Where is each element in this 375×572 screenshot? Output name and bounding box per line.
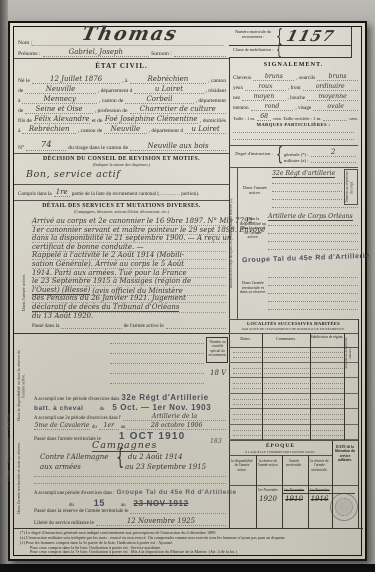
- de-label-1: de: [18, 88, 23, 94]
- classe-label: Classe de mobilisation :: [231, 48, 275, 53]
- birth-canton-value: Neuville: [25, 85, 96, 94]
- blank-line: [233, 404, 345, 405]
- periode1-dates-stamp: 5 Oct. — 1er Nov. 1903: [112, 403, 211, 412]
- scan-edge-bottom: [0, 564, 375, 572]
- profession-value: Charretier de culture: [130, 105, 226, 114]
- taille-label-b: cent. Taille rectifiée : 1 m.: [273, 116, 321, 121]
- name-row: Nom : Thomas: [18, 29, 226, 46]
- surnom-value-blank: [174, 56, 226, 57]
- service-text: des Pensions du 26 Janvier 1921. Jugemen…: [32, 294, 186, 302]
- parents-line: fils de Félix Alexandre et de Foé Joséph…: [18, 115, 226, 124]
- canton-label-1: , canton: [208, 78, 226, 84]
- canton-de-label: , canton de: [99, 98, 123, 104]
- periode3-line2: du 15 au 23 NOV 1912: [69, 498, 226, 508]
- footer-rule: [14, 528, 363, 529]
- residence-dept-value: Seine et Oise: [25, 105, 92, 114]
- epoque-subtitle: À LAQUELLE L'HOMME DOIT PASSER DANS :: [229, 450, 332, 454]
- blank-line: [110, 353, 204, 354]
- au-label-1: au: [121, 425, 126, 430]
- mother-name-value: Foé Joséphine Clémentine: [105, 115, 198, 124]
- passe-blank-1: [61, 328, 121, 329]
- epoque-col-header-4: la réserve de l'armée territoriale.: [308, 459, 331, 472]
- de-label-2: de: [18, 108, 23, 114]
- blank-line: [272, 191, 342, 192]
- domicilies-label: , domiciliés: [200, 118, 226, 124]
- epoque-date-col-header: DATE de la libération du service militai…: [333, 445, 357, 463]
- signalement-rule: [229, 145, 358, 146]
- liberation-label: Libéré du service militaire le: [34, 520, 94, 526]
- passe-territoriale-label: Passé dans l'armée territoriale le: [34, 436, 101, 442]
- blank-line: [272, 183, 342, 184]
- epoque-year-reserve-active: 1920: [256, 495, 280, 503]
- controle-special-label: Numéro au contrôle spécial du recrutemen…: [208, 340, 227, 358]
- blank-line: [268, 233, 358, 234]
- blank-line: [268, 277, 358, 278]
- degre-generale-row: générale (*) : 2: [284, 148, 356, 157]
- localites-row: [229, 347, 358, 363]
- taille-rectifiee-blank: [323, 120, 347, 121]
- taille-label-a: Taille : 1 m.: [233, 116, 255, 121]
- front-value: ordinaire: [303, 83, 358, 91]
- periode2-end-value: 28 octobre 1906: [127, 422, 226, 430]
- service-text: dans la disponibilité le 21 septembre 19…: [32, 234, 231, 242]
- et-de-label: et de: [92, 118, 103, 124]
- periode3-end-stamp: 23 NOV 1912: [134, 499, 189, 508]
- dept-label-3: , département d: [149, 128, 184, 134]
- thick-rule: [14, 333, 229, 334]
- registre-matricule-page: Orléans. — Registre matricule. — 236-187…: [8, 21, 367, 561]
- service-text: le 23 Septembre 1915 à Massiges (région …: [32, 277, 191, 285]
- liberation-date-value: 12 Novembre 1925: [96, 517, 226, 526]
- blank-line: [233, 430, 345, 431]
- epoque-top-rule: [229, 440, 358, 441]
- a-label-2: à: [18, 98, 20, 104]
- birth-line-2: de Neuville , département d u Loiret , r…: [18, 85, 226, 94]
- yeux-value: roux: [245, 83, 286, 91]
- epoque-year-territoriale: 1910: [282, 495, 306, 503]
- campagne-end-date: au 23 Septembre 1915: [125, 463, 206, 471]
- signalement-row-4: menton rond , visage ovale: [233, 103, 358, 111]
- affectation-active-label: Dans l'armée active.: [240, 185, 270, 195]
- degre-militaire-label: militaire (x) :: [284, 158, 309, 163]
- page-frame: Orléans. — Registre matricule. — 236-187…: [13, 26, 362, 556]
- service-text: 1914. Parti aux armées. Tué pour la Fran…: [32, 269, 187, 277]
- epoque-vline-2: [282, 455, 283, 528]
- affectation-dispo-stamp: Groupe Tal du 45e Rd d'Artillerie: [242, 253, 370, 264]
- localites-vline-1: [262, 333, 263, 440]
- numero-repertoire-label: Numéro au répertoire du corps.: [345, 170, 357, 204]
- domicile-value: Rebréchien: [22, 125, 75, 134]
- epoque-col-header-2: la réserve de l'armée active.: [256, 459, 280, 468]
- service-text: certificat de bonne conduite. —: [32, 243, 143, 251]
- tirage-number-value: 74: [26, 140, 66, 151]
- epoque-col-header-3: l'armée territoriale.: [282, 459, 306, 468]
- blank-line: [34, 483, 226, 484]
- service-line: du 13 Août 1920.: [32, 312, 226, 320]
- nez-value: moyen: [242, 93, 285, 101]
- blank-line: [268, 241, 358, 242]
- blank-line: [110, 373, 204, 374]
- birth-line-1: Né le 12 Juillet 1876 , à Rebréchien , c…: [18, 75, 226, 84]
- compris-label-b: partie de la liste du recrutement canton…: [72, 191, 199, 197]
- campagne-start-date: du 2 Août 1914: [128, 453, 183, 461]
- section-rule-1: [14, 153, 229, 154]
- margin-label-territoriale: Dans l'armée territoriale et dans sa rés…: [17, 435, 29, 521]
- affectation-territoriale-label: Dans l'armée territoriale et dans sa rés…: [239, 281, 267, 295]
- blank-line: [233, 414, 345, 415]
- compris-label-a: Compris dans la: [18, 191, 52, 197]
- birth-date-value: 12 Juillet 1876: [32, 75, 120, 84]
- taille-label-c: cent.: [349, 116, 358, 121]
- service-text: Rappelé à l'activité le 2 Août 1914 (Mob…: [32, 251, 184, 259]
- bouche-value: moyenne: [307, 93, 358, 101]
- service-text: sation Générale). Arrivé au corps le 5 A…: [32, 260, 184, 268]
- localites-row: [229, 378, 358, 394]
- blank-line: [233, 419, 345, 420]
- dept-label-1: , département d: [98, 88, 133, 94]
- signalement-row-2: yeux roux , front ordinaire: [233, 83, 358, 91]
- domicile-canton-value: Neuville: [104, 125, 146, 134]
- matricule-box: Numéro matricule du recrutement : { 1157: [229, 27, 352, 46]
- residence-line: à Mennecy , canton de Corbeil , départem…: [18, 95, 226, 104]
- pencil-mark: 183: [210, 438, 222, 445]
- birth-place-value: Rebréchien: [130, 75, 207, 84]
- epoque-col-header-1: la disponibilité de l'armée active.: [230, 459, 254, 472]
- passe-blank-2: [166, 328, 226, 329]
- localites-top-rule: [229, 319, 358, 320]
- residant-label: , résidant: [206, 88, 227, 94]
- localites-col-communes: Communes.: [262, 337, 310, 342]
- blank-line: [233, 132, 354, 133]
- nom-value: Thomas: [32, 23, 229, 46]
- passe-label-b: de l'armée active le: [124, 323, 164, 329]
- bouche-label: , bouche: [288, 95, 306, 101]
- epoque-printed-date: 1er Novembre: [256, 488, 280, 492]
- affectation-side-label: Indication des corps auxquels les jeunes…: [229, 167, 238, 319]
- prenoms-value: Gabriel, Joseph: [43, 48, 150, 57]
- blank-line: [233, 399, 345, 400]
- localites-row: [229, 425, 358, 441]
- periode2-line2: 5me de Cavalerie du 1er au 28 octobre 19…: [34, 422, 226, 430]
- blank-line: [233, 383, 345, 384]
- localites-row: [229, 394, 358, 410]
- periode1-unit-stamp: batt. à cheval: [34, 405, 84, 412]
- degre-militaire-row: militaire (x) :: [284, 158, 356, 163]
- localites-subtitle: PAR SUITE DE CHANGEMENTS DE DOMICILE OU …: [229, 327, 358, 331]
- periode1-regiment-stamp: 32e Régt d'Artillerie: [121, 393, 208, 402]
- blank-line: [233, 373, 345, 374]
- controle-special-box: Numéro au contrôle spécial du recrutemen…: [206, 337, 228, 363]
- periode1-label: A accompli une 1re période d'exercices d…: [34, 397, 119, 402]
- signalement-title: SIGNALEMENT.: [229, 61, 358, 68]
- marques-title: MARQUES PARTICULIÈRES :: [229, 122, 358, 127]
- cheveux-value: bruns: [253, 73, 294, 81]
- blank-line: [34, 476, 226, 477]
- affectation-dispo-label: Dans la disponibilité ou dans la réserve…: [239, 217, 267, 240]
- blank-line: [268, 249, 358, 250]
- degre-militaire-blank: [311, 162, 357, 163]
- signalement-row-1: Cheveux bruns , sourcils bruns: [233, 73, 358, 81]
- du-label-2: du: [92, 425, 97, 430]
- tirage-line: N° 74 du tirage dans le canton de Neuvil…: [18, 140, 226, 151]
- epoque-printed-date: 1er Novembre: [282, 488, 306, 492]
- matricule-label: Numéro matricule du recrutement :: [231, 30, 275, 39]
- epoque-header-bottom-rule: [229, 485, 358, 486]
- yeux-label: yeux: [233, 85, 243, 91]
- compris-value: 1re: [54, 188, 70, 197]
- birth-dept-value: u Loiret: [134, 85, 203, 94]
- localites-row: [229, 409, 358, 425]
- epoque-printed-date: 1er Novembre: [308, 488, 331, 492]
- campagne-armees-value: aux armées: [40, 463, 81, 471]
- round-stamp-inner: [333, 496, 354, 517]
- passe-reserve-label: Passé dans la réserve de l'armée territo…: [34, 508, 128, 514]
- periode2-arm-value: Artillerie de la: [123, 413, 226, 421]
- localites-header-top: [229, 333, 358, 334]
- surnom-label: Surnom :: [151, 51, 172, 57]
- localites-col-subdivision: Subdivision de région.: [310, 335, 344, 339]
- epoque-vline-3: [308, 455, 309, 528]
- epoque-vline-1: [256, 455, 257, 528]
- blank-line: [268, 225, 358, 226]
- passe-reserve-territoriale-line: Passé dans la réserve de l'armée territo…: [34, 508, 226, 514]
- passe-reserve-blank: [130, 513, 226, 514]
- signalement-row-3: nez moyen , bouche moyenne: [233, 93, 358, 101]
- controle-special-value: 18 V: [210, 369, 226, 377]
- periode3-line1: A accompli une période d'exercices dans …: [34, 489, 226, 496]
- decision-subtitle: (Indiquer la nature des dispenses.): [14, 163, 229, 168]
- service-text: Arrivé au corps et 2e canonnier le 16 9b…: [32, 217, 255, 225]
- blank-line: [268, 285, 358, 286]
- ne-le-label: Né le: [18, 78, 30, 84]
- tirage-canton-value: Neuville aux bois: [130, 142, 226, 151]
- taille-value: 68: [257, 113, 271, 121]
- etat-civil-title: ÉTAT CIVIL.: [14, 62, 229, 70]
- blank-line: [233, 352, 345, 353]
- domicile-dept-value: u Loiret: [185, 125, 226, 134]
- blank-line: [110, 363, 204, 364]
- periode3-start-stamp: 15: [94, 498, 105, 508]
- localites-vline-3: [344, 333, 345, 440]
- periode3-group-stamp: Groupe Tal du 45e Rd d'Artillerie: [117, 489, 237, 496]
- degre-generale-label: générale (*) :: [284, 152, 309, 157]
- periode2-line1: A accompli une 2e période d'exercices da…: [34, 413, 226, 421]
- header-rule: [14, 58, 229, 59]
- periode3-label: A accompli une période d'exercices dans …: [34, 491, 115, 496]
- periode2-label: A accompli une 2e période d'exercices da…: [34, 416, 121, 421]
- matricule-value: 1157: [285, 27, 337, 45]
- cheveux-label: Cheveux: [233, 75, 251, 81]
- campagnes-title: Campagnes: [92, 440, 157, 452]
- blank-line: [233, 388, 345, 389]
- degre-brace: {: [276, 143, 283, 165]
- blank-line: [233, 368, 345, 369]
- blank-line: [110, 383, 204, 384]
- blank-line: [272, 207, 358, 208]
- decision-value: Bon, service actif: [26, 169, 120, 180]
- passe-label-a: Passé dans la: [32, 323, 59, 329]
- front-label: , front: [288, 85, 301, 91]
- prenoms-label: Prénoms :: [18, 51, 41, 57]
- classe-brace: {: [276, 43, 282, 60]
- passe-armee-active-line: Passé dans la de l'armée active le: [32, 323, 226, 329]
- blank-line: [268, 309, 358, 310]
- father-name-value: Félix Alexandre: [34, 115, 90, 124]
- liberation-line: Libéré du service militaire le 12 Novemb…: [34, 517, 226, 526]
- margin-label-disponibilite: Dans la disponibilité ou dans la réserve…: [17, 345, 29, 427]
- blank-line: [268, 301, 358, 302]
- localites-title: LOCALITÉS SUCCESSIVES HABITÉES: [229, 321, 358, 326]
- printer-margin-note: Orléans. — Registre matricule. — 236-187…: [7, 347, 14, 547]
- taille-row: Taille : 1 m. 68 cent. Taille rectifiée …: [233, 113, 358, 121]
- profession-de-label: , profession de: [95, 108, 128, 114]
- du-label-1: du: [100, 407, 105, 412]
- service-text: du 13 Août 1920.: [32, 312, 93, 320]
- profession-line: de Seine et Oise , profession de Charret…: [18, 105, 226, 114]
- affectation-side-strip: Indication des corps auxquels les jeunes…: [229, 167, 238, 319]
- sourcils-value: bruns: [317, 73, 358, 81]
- epoque-title: ÉPOQUE: [229, 443, 332, 449]
- visage-label: , visage: [295, 105, 311, 111]
- classe-box: Classe de mobilisation : {: [229, 46, 352, 58]
- tirage-text: du tirage dans le canton de: [68, 145, 128, 151]
- tirage-no-label: N°: [18, 145, 24, 151]
- a-label-1: , à: [122, 78, 127, 84]
- periode2-start-value: 1er: [99, 422, 119, 430]
- fils-de-label: fils de: [18, 118, 32, 124]
- epoque-year-reserve-territoriale: 1916: [308, 495, 331, 503]
- compris-line: Compris dans la 1re partie de la liste d…: [18, 188, 226, 197]
- periode1-line1: A accompli une 1re période d'exercices d…: [34, 393, 226, 402]
- a-label-3: à: [18, 128, 20, 134]
- periode2-unit-value: 5me de Cavalerie: [34, 422, 90, 430]
- menton-label: menton: [233, 105, 249, 111]
- sourcils-label: , sourcils: [296, 75, 315, 81]
- scanned-document: Orléans. — Registre matricule. — 236-187…: [0, 0, 375, 572]
- nom-label: Nom :: [18, 40, 32, 46]
- menton-value: rond: [251, 103, 294, 111]
- blank-line: [268, 293, 358, 294]
- residence-canton-value: Corbeil: [125, 95, 193, 104]
- section-rule-2: [14, 184, 229, 185]
- localites-row: [229, 363, 358, 379]
- localites-vline-2: [310, 333, 311, 440]
- localites-col-dates: Dates.: [229, 337, 262, 342]
- canton-de-label-2: , canton de: [78, 128, 102, 134]
- blank-line: [272, 199, 342, 200]
- affectation-active-value: 32e Régt d'artillerie: [272, 170, 335, 178]
- blank-line: [233, 139, 354, 140]
- right-table-edge: [358, 319, 359, 528]
- epoque-title-rule: [229, 455, 332, 456]
- campagnes-brace: {: [116, 446, 124, 472]
- blank-line: [110, 343, 204, 344]
- affectation-dispo-value: Artillerie de Corps Orléans: [268, 213, 353, 221]
- blank-line: [233, 357, 345, 358]
- dept-label-2: , département: [196, 98, 226, 104]
- periode1-line2: batt. à cheval du 5 Oct. — 1er Nov. 1903: [34, 403, 226, 412]
- nez-label: nez: [233, 95, 240, 101]
- epoque-vline-4: [332, 440, 333, 528]
- numero-repertoire-box: Numéro au répertoire du corps.: [344, 169, 358, 205]
- degre-generale-value: 2: [311, 148, 357, 157]
- affectation-top-rule: [229, 167, 358, 168]
- section-rule-3: [14, 200, 229, 201]
- campagne-enemy-value: Contre l'Allemagne: [40, 453, 108, 461]
- domicile-line: à Rebréchien , canton de Neuville , dépa…: [18, 125, 226, 134]
- margin-label-armee-active: Dans l'armée active,: [21, 252, 30, 332]
- visage-value: ovale: [313, 103, 358, 111]
- residence-value: Mennecy: [22, 95, 97, 104]
- footnote-5: Pour ceux compris dans la 7e liste, l'in…: [30, 550, 359, 555]
- firstnames-row: Prénoms : Gabriel, Joseph Surnom :: [18, 48, 226, 57]
- degre-instruction-label: Degré d'instruction :: [233, 151, 275, 156]
- blank-line: [233, 435, 345, 436]
- services-subtitle: (Campagnes, blessures, actions d'éclat, …: [14, 210, 229, 215]
